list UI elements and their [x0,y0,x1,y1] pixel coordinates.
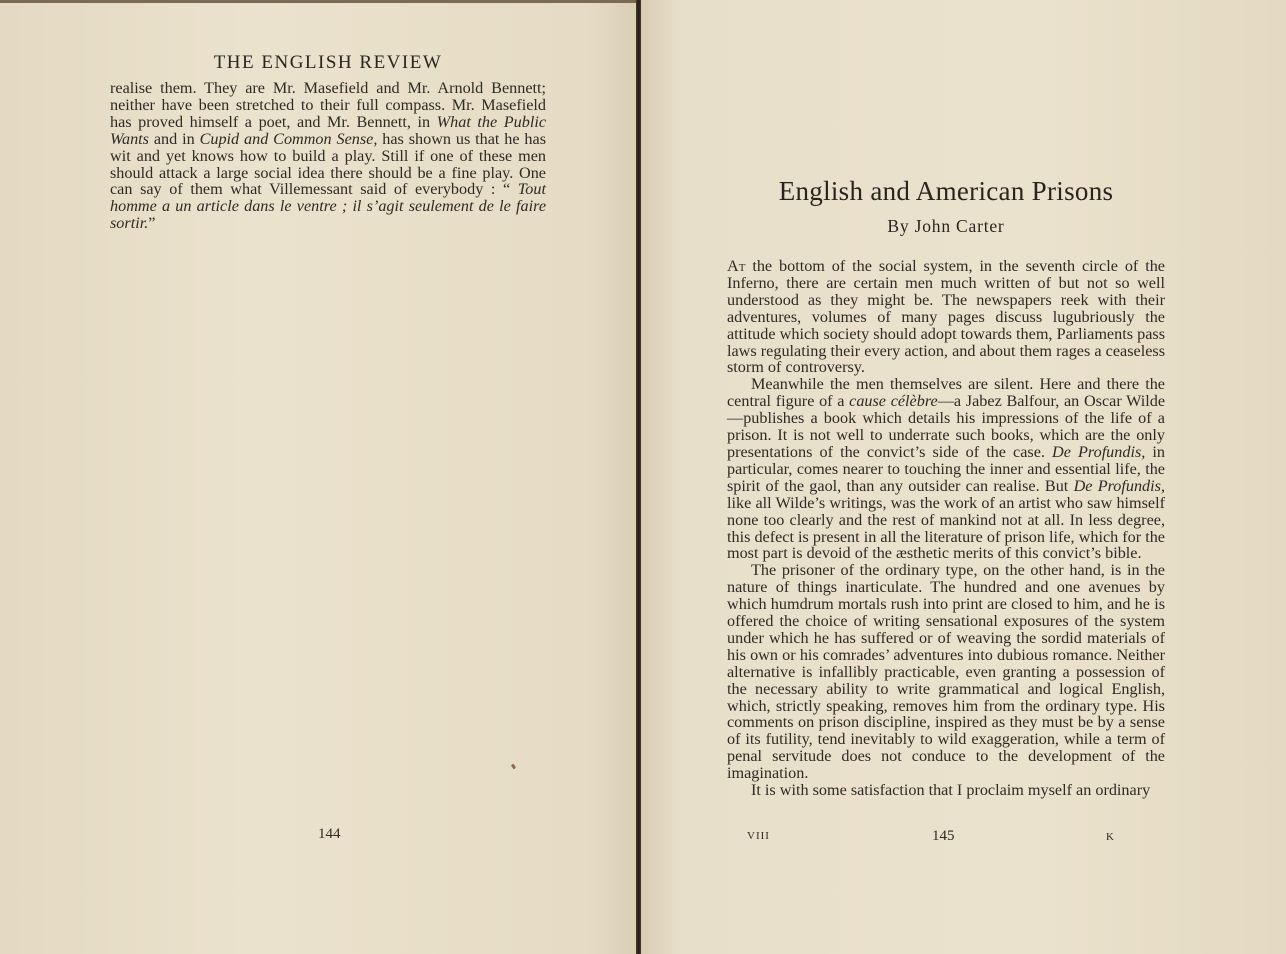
paragraph: It is with some satisfaction that I proc… [727,782,1165,799]
text-run: like all Wilde’s writings, was the work … [727,494,1165,563]
article-title: English and American Prisons [727,176,1165,207]
text-run: The prisoner of the ordinary type, on th… [727,561,1165,782]
italic-text: cause célèbre [849,392,938,410]
left-page: THE ENGLISH REVIEW realise them. They ar… [0,0,638,954]
page-number: 145 [932,828,955,845]
page-top-edge [0,0,638,3]
text-run: It is with some satisfaction that I proc… [751,781,1150,799]
page-number: 144 [318,826,341,843]
text-run: At [727,257,745,275]
paragraph: At the bottom of the social system, in t… [727,258,1165,376]
paper-speck [511,764,516,770]
text-run: and in [149,130,200,148]
signature-mark-volume: VIII [747,830,770,842]
article-byline: By John Carter [727,216,1165,237]
left-page-body: realise them. They are Mr. Masefield and… [110,80,546,232]
right-page-body: At the bottom of the social system, in t… [727,258,1165,799]
italic-text: Cupid and Common Sense, [200,130,378,148]
signature-mark-letter: K [1106,831,1114,843]
text-run: the bottom of the social system, in the … [727,257,1165,376]
paragraph: Meanwhile the men themselves are silent.… [727,376,1165,562]
italic-text: De Profundis, [1074,477,1165,495]
text-run: ” [148,214,155,232]
paragraph: realise them. They are Mr. Masefield and… [110,80,546,232]
paragraph: The prisoner of the ordinary type, on th… [727,562,1165,782]
italic-text: De Profundis, [1052,443,1145,461]
running-head: THE ENGLISH REVIEW [108,52,548,74]
